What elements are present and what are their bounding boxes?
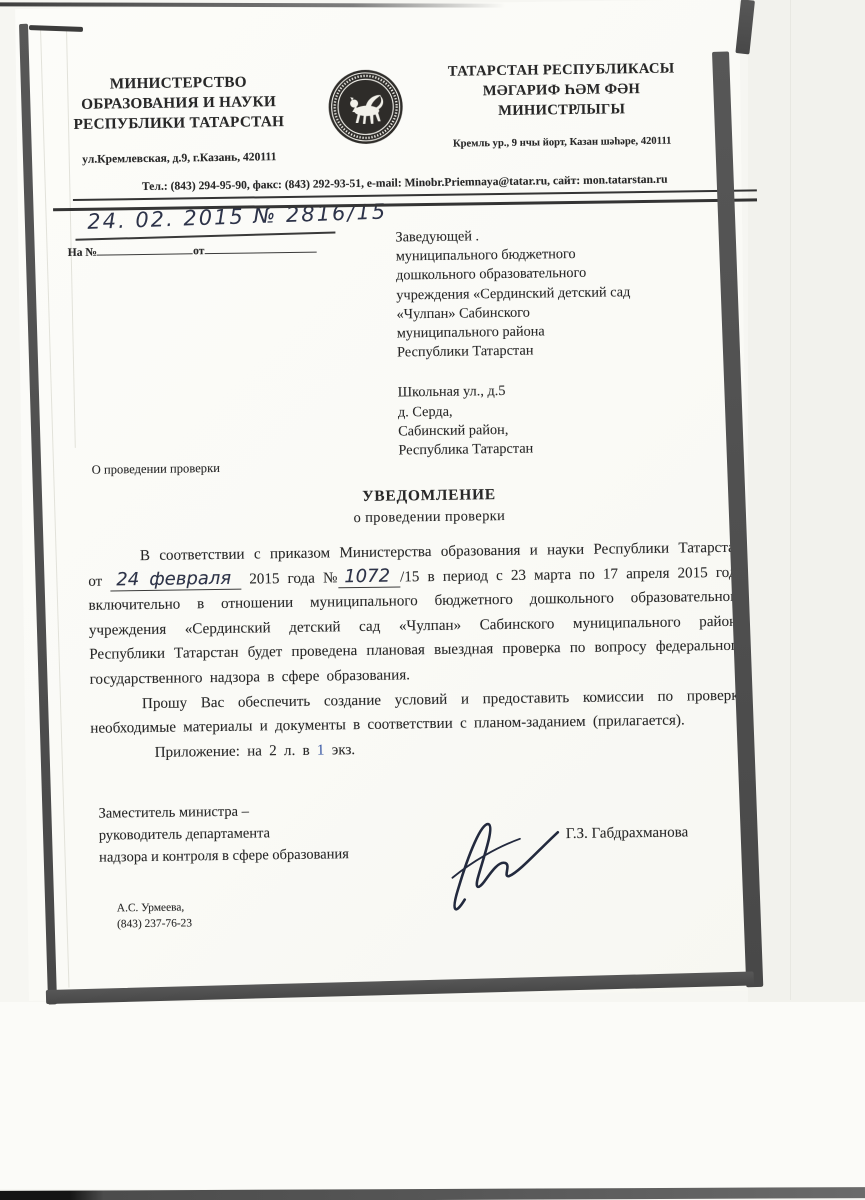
header-rule-lower (53, 198, 757, 210)
title-line1: УВЕДОМЛЕНИЕ (254, 485, 604, 508)
incoming-number-blank (97, 241, 193, 255)
signature-autograph (441, 798, 573, 915)
tatarstan-emblem-icon (325, 66, 406, 147)
addressee-line: Республики Татарстан (397, 339, 712, 363)
executor-block: А.С. Урмеева, (843) 237-76-23 (117, 900, 192, 932)
addressee-region: Республика Татарстан (398, 437, 713, 461)
handwritten-date: 24 февраля (110, 567, 241, 591)
incoming-reference-line: На №от (68, 240, 317, 259)
ministry-tt-address: Кремль ур., 9 нчы йорт, Казан шәһәре, 42… (412, 131, 712, 155)
ministry-ru-address: ул.Кремлевская, д.9, г.Казань, 420111 (46, 147, 312, 171)
p1-mid: 2015 года № (249, 570, 338, 587)
letter-body: В соответствии с приказом Министерства о… (88, 536, 746, 766)
executor-phone: (843) 237-76-23 (117, 916, 192, 933)
signer-name: Г.З. Габдрахманова (566, 824, 689, 843)
addressee-block: Заведующей . муниципального бюджетного д… (395, 224, 713, 461)
document-title: УВЕДОМЛЕНИЕ о проведении проверки (254, 485, 605, 529)
body-paragraph-2: Прошу Вас обеспечить создание условий и … (90, 683, 746, 741)
na-no-label: На № (68, 246, 98, 259)
ministry-tt-line: МИНИСТРЛЫГЫ (412, 98, 712, 122)
signer-position: Заместитель министра – руководитель депа… (98, 798, 444, 869)
handwritten-order-number: 1072 (338, 565, 400, 588)
executor-name: А.С. Урмеева, (117, 900, 192, 917)
body-paragraph-1: В соответствии с приказом Министерства о… (88, 536, 745, 693)
attachment-prefix: Приложение: на 2 л. в (155, 742, 318, 760)
ot-label: от (193, 244, 205, 257)
ministry-ru-line: РЕСПУБЛИКИ ТАТАРСТАН (46, 112, 312, 136)
p1-after-number: /15 (400, 569, 420, 585)
subject-line: О проведении проверки (92, 461, 220, 478)
ministry-tt-line: ТАТАРСТАН РЕСПУБЛИКАСЫ (411, 58, 711, 82)
attachment-suffix: экз. (324, 742, 355, 758)
ministry-name-russian: МИНИСТЕРСТВО ОБРАЗОВАНИЯ И НАУКИ РЕСПУБЛ… (45, 72, 312, 171)
signer-position-line: надзора и контроля в сфере образования (99, 842, 444, 869)
title-line2: о проведении проверки (254, 507, 604, 529)
ministry-name-tatar: ТАТАРСТАН РЕСПУБЛИКАСЫ МӘГАРИФ ҺӘМ ФӘН М… (411, 58, 712, 155)
incoming-date-blank (204, 240, 316, 255)
